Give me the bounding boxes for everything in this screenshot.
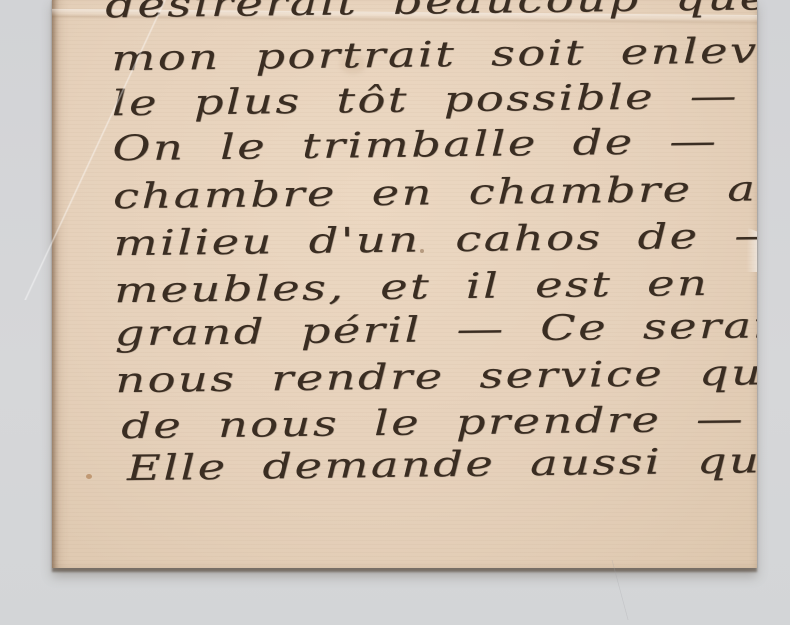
handwriting-line-5: chambre en chambre au [113, 166, 757, 220]
handwriting-line-9: nous rendre service que [115, 350, 757, 404]
handwriting-line-6: milieu d'un cahos de — [113, 213, 757, 267]
letter-paper: désirerait beaucoup que — mon portrait s… [52, 0, 757, 568]
handwriting-block: désirerait beaucoup que — mon portrait s… [52, 0, 757, 568]
scan-background: désirerait beaucoup que — mon portrait s… [0, 0, 790, 625]
handwriting-line-4: On le trimballe de — [112, 119, 718, 172]
handwriting-line-8: grand péril — Ce serait [114, 303, 757, 357]
handwriting-line-11: Elle demande aussi qu'on [127, 437, 757, 492]
handwriting-line-1: désirerait beaucoup que — [105, 0, 757, 29]
